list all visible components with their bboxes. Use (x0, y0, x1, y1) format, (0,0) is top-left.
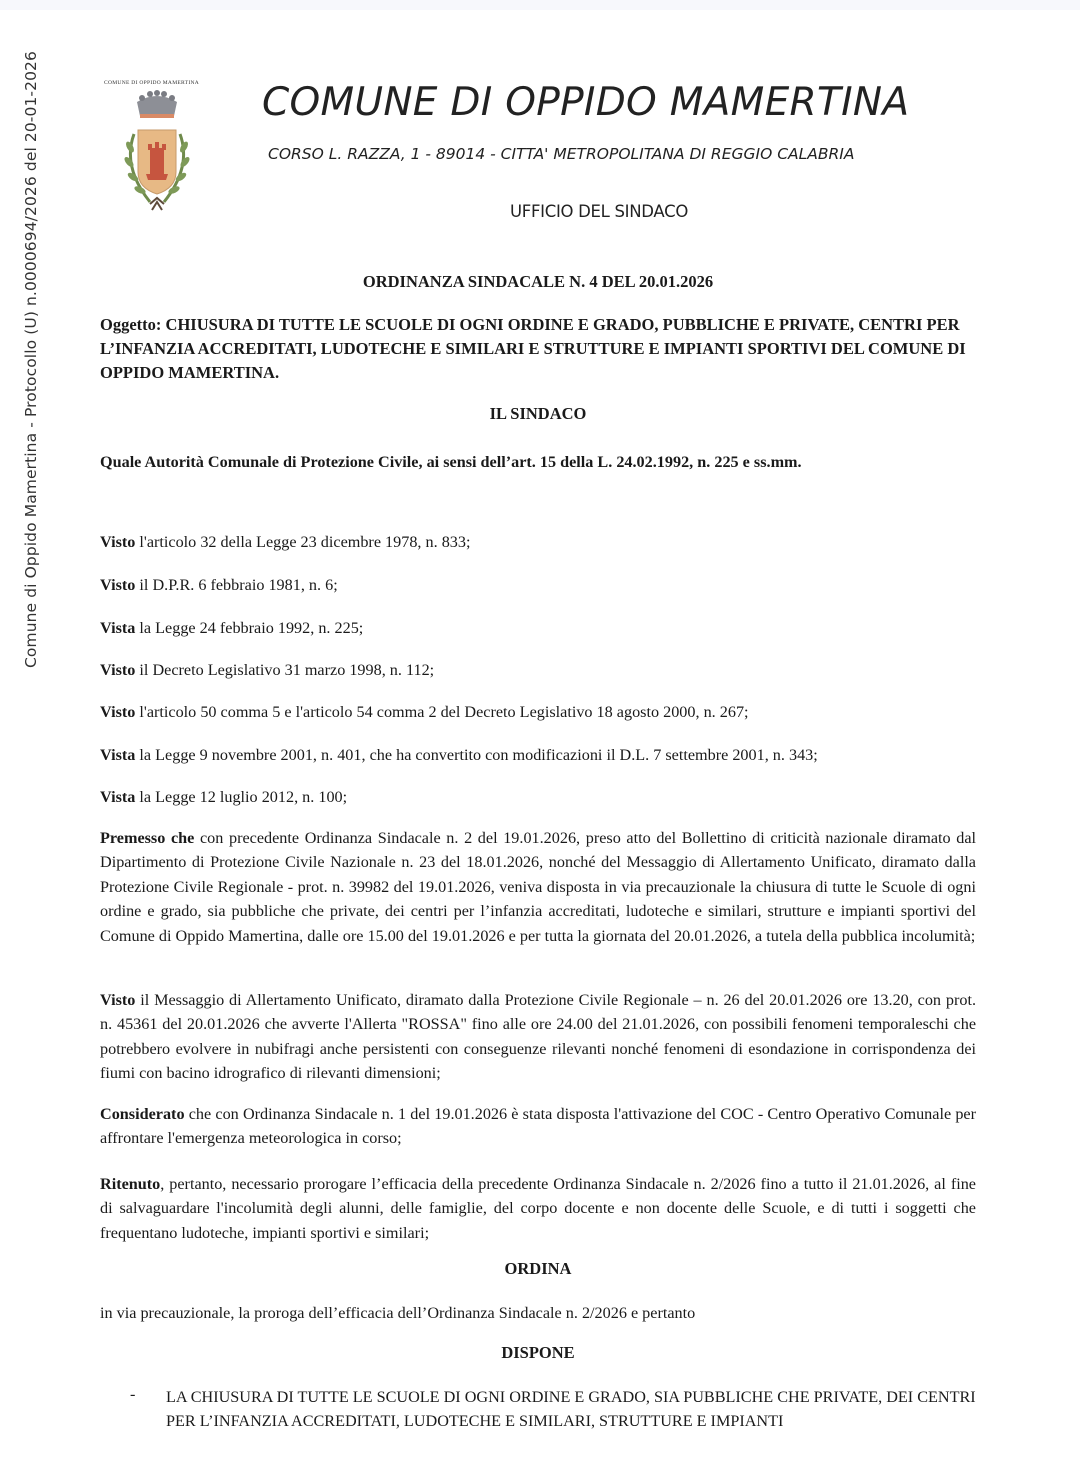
recital-item: Visto il D.P.R. 6 febbraio 1981, n. 6; (100, 573, 976, 597)
recital-item: Vista la Legge 9 novembre 2001, n. 401, … (100, 743, 976, 767)
premesso-lead: Premesso che (100, 829, 194, 847)
considerato-paragraph: Considerato che con Ordinanza Sindacale … (100, 1102, 976, 1151)
recital-text: la Legge 12 luglio 2012, n. 100; (135, 788, 347, 806)
considerato-lead: Considerato (100, 1105, 185, 1123)
authority-line: Quale Autorità Comunale di Protezione Ci… (100, 450, 976, 474)
recital-text: la Legge 24 febbraio 1992, n. 225; (135, 619, 363, 637)
recital-text: la Legge 9 novembre 2001, n. 401, che ha… (135, 746, 817, 764)
recital-item: Vista la Legge 12 luglio 2012, n. 100; (100, 785, 976, 809)
visto-messaggio-paragraph: Visto il Messaggio di Allertamento Unifi… (100, 988, 976, 1086)
recital-lead: Visto (100, 576, 135, 594)
dispone-bullet: - (130, 1385, 135, 1404)
recital-lead: Visto (100, 703, 135, 721)
recital-item: Visto l'articolo 32 della Legge 23 dicem… (100, 530, 976, 554)
recital-item: Vista la Legge 24 febbraio 1992, n. 225; (100, 616, 976, 640)
subject-label: Oggetto: (100, 315, 161, 334)
municipality-address: CORSO L. RAZZA, 1 - 89014 - CITTA' METRO… (268, 145, 854, 163)
visto-messaggio-text: il Messaggio di Allertamento Unificato, … (100, 991, 976, 1082)
recital-item: Visto il Decreto Legislativo 31 marzo 19… (100, 658, 976, 682)
municipality-title: COMUNE DI OPPIDO MAMERTINA (262, 80, 982, 125)
ritenuto-paragraph: Ritenuto, pertanto, necessario prorogare… (100, 1172, 976, 1245)
recital-lead: Visto (100, 533, 135, 551)
subject-paragraph: Oggetto: CHIUSURA DI TUTTE LE SCUOLE DI … (100, 313, 976, 385)
recital-text: il Decreto Legislativo 31 marzo 1998, n.… (135, 661, 434, 679)
authority-heading: IL SINDACO (100, 404, 976, 424)
premesso-text: con precedente Ordinanza Sindacale n. 2 … (100, 829, 976, 945)
ordina-text: in via precauzionale, la proroga dell’ef… (100, 1301, 976, 1325)
recital-lead: Visto (100, 661, 135, 679)
premesso-paragraph: Premesso che con precedente Ordinanza Si… (100, 826, 976, 948)
recital-lead: Vista (100, 788, 135, 806)
ordina-heading: ORDINA (100, 1259, 976, 1279)
dispone-heading: DISPONE (100, 1343, 976, 1363)
office-name: UFFICIO DEL SINDACO (510, 202, 688, 221)
recital-text: l'articolo 50 comma 5 e l'articolo 54 co… (135, 703, 748, 721)
protocol-stamp: Comune di Oppido Mamertina - Protocollo … (22, 28, 40, 668)
subject-text: CHIUSURA DI TUTTE LE SCUOLE DI OGNI ORDI… (100, 315, 966, 382)
recital-lead: Vista (100, 746, 135, 764)
recital-item: Visto l'articolo 50 comma 5 e l'articolo… (100, 700, 976, 724)
municipal-crest-icon (100, 72, 215, 222)
dispone-item-text: LA CHIUSURA DI TUTTE LE SCUOLE DI OGNI O… (166, 1385, 978, 1433)
considerato-text: che con Ordinanza Sindacale n. 1 del 19.… (100, 1105, 976, 1147)
top-band (0, 0, 1080, 10)
ritenuto-lead: Ritenuto (100, 1175, 160, 1193)
ordinance-heading: ORDINANZA SINDACALE N. 4 DEL 20.01.2026 (100, 272, 976, 292)
recital-text: il D.P.R. 6 febbraio 1981, n. 6; (135, 576, 337, 594)
recital-lead: Vista (100, 619, 135, 637)
recital-text: l'articolo 32 della Legge 23 dicembre 19… (135, 533, 470, 551)
visto-messaggio-lead: Visto (100, 991, 135, 1009)
ritenuto-text: , pertanto, necessario prorogare l’effic… (100, 1175, 976, 1242)
